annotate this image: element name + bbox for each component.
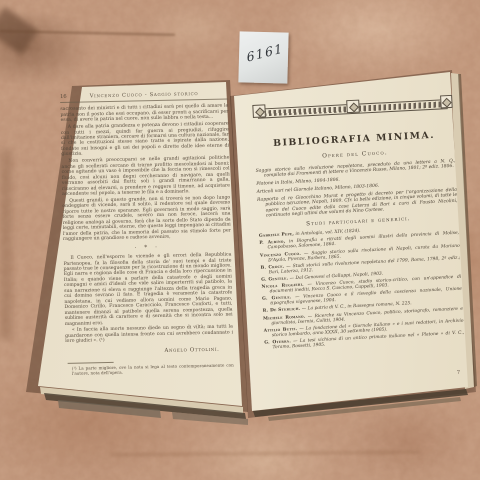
body-paragraph: Non converrà preoccuparsi se nelle grand… <box>61 156 230 198</box>
ornamental-headpiece <box>252 95 452 119</box>
footnote-rule <box>68 362 114 364</box>
study-author: Gabriele Pepe, <box>259 232 294 239</box>
asterisk-divider: · * · <box>63 243 231 254</box>
left-page-number: 16 <box>60 94 82 100</box>
body-paragraph: sacrosanto dei ministri e di tutti i cit… <box>60 104 228 124</box>
chapter-title: BIBLIOGRAFIA MINIMA. <box>254 129 454 150</box>
right-page-content: BIBLIOGRAFIA MINIMA. Opere del Cuoco. Sa… <box>252 89 465 353</box>
running-header-text: Vincenzo Cuoco - Saggio storico <box>82 91 206 100</box>
left-page-content: 16 Vincenzo Cuoco - Saggio storico sacro… <box>60 90 234 376</box>
handwritten-number: 6161 <box>246 40 285 64</box>
right-page-number: 7 <box>457 370 461 376</box>
ornament-rosette-left <box>252 104 265 117</box>
works-list: Saggio storico sulla rivoluzione napolet… <box>256 159 458 219</box>
author-signature: Angelo Ottolini. <box>65 347 219 356</box>
body-paragraph: Il Cuoco, nell'esporre le vicende e gli … <box>63 253 232 327</box>
book-photo-scene: 6161 16 Vincenzo Cuoco - Saggio storico … <box>0 0 480 480</box>
studies-list: Gabriele Pepe, in Antologia, vol. XIV, (… <box>259 224 465 351</box>
body-paragraph: A dare alla patria grandezza e potenza d… <box>61 122 230 158</box>
ornament-rosette-right <box>440 95 453 108</box>
study-author: G. Gentile. <box>261 276 288 282</box>
quote-paragraph: « In faccia alla morte nessuno diede un … <box>65 325 233 345</box>
ornament-rosette-center <box>346 100 359 113</box>
wood-grain-shade <box>0 150 12 340</box>
inventory-note: 6161 <box>238 31 288 83</box>
study-author: R. De Sterlich. <box>263 307 301 314</box>
body-paragraph: Questi grandi, o questo grande, non si t… <box>62 195 231 242</box>
